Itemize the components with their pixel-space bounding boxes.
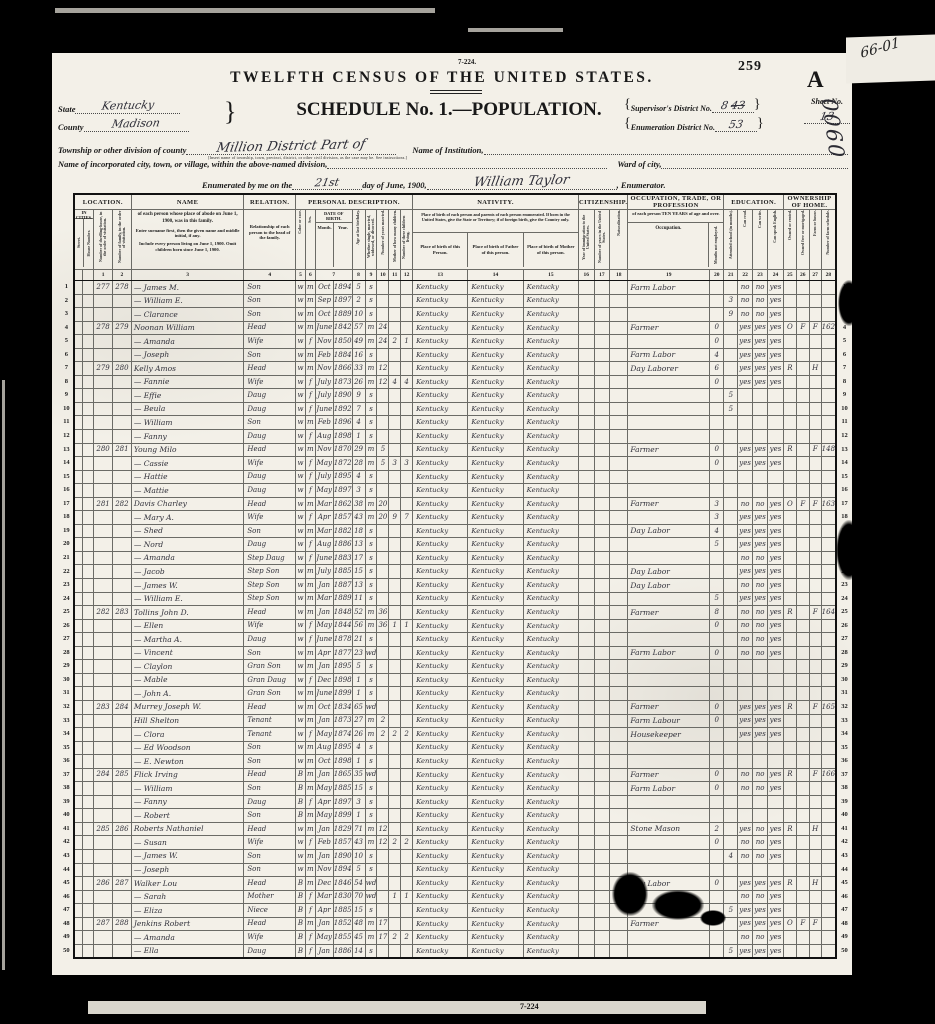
cell-pobm: Kentucky (523, 592, 578, 606)
cell-pobf: Kentucky (468, 511, 523, 525)
cell-pob: Kentucky (413, 700, 468, 714)
row-number-left: 1 (60, 281, 74, 295)
cell-own (783, 836, 796, 850)
cell-own: R (783, 606, 796, 620)
cell-mar: m (365, 497, 377, 511)
cell-pob: Kentucky (413, 430, 468, 444)
cell-house (83, 551, 94, 565)
cell-eng: yes (768, 619, 784, 633)
cell-own (783, 673, 796, 687)
cell-sch (724, 606, 738, 620)
cell-sch (724, 931, 738, 945)
cell-color: w (296, 538, 306, 552)
cell-dw: 282 (94, 606, 113, 620)
cell-liv (401, 497, 413, 511)
col-number: 9 (365, 270, 377, 281)
cell-ofm (796, 673, 809, 687)
cell-mar: m (365, 362, 377, 376)
cell-sex: f (305, 551, 315, 565)
cell-ofm (796, 877, 809, 891)
cell-nat (610, 470, 628, 484)
cell-month: May (315, 484, 333, 498)
cell-mne: 0 (710, 457, 724, 471)
cell-year: 1897 (333, 795, 352, 809)
cell-rel: Daug (244, 538, 296, 552)
cell-write (753, 470, 768, 484)
cell-mne (710, 430, 724, 444)
row-number-left: 19 (60, 524, 74, 538)
cell-name: Walker Lou (131, 877, 244, 891)
cell-mar: s (365, 348, 377, 362)
cell-pobm: Kentucky (523, 890, 578, 904)
cell-own (783, 524, 796, 538)
row-number-left: 2 (60, 294, 74, 308)
cell-year: 1895 (333, 741, 352, 755)
cell-eng: yes (768, 917, 784, 931)
cell-pobm: Kentucky (523, 375, 578, 389)
cell-year: 1844 (333, 619, 352, 633)
cell-sch (724, 687, 738, 701)
cell-mne (710, 281, 724, 295)
cell-ofm: F (796, 917, 809, 931)
cell-read (738, 863, 753, 877)
cell-pobm: Kentucky (523, 430, 578, 444)
cell-rel: Wife (244, 619, 296, 633)
cell-write (753, 795, 768, 809)
col-number: 25 (783, 270, 796, 281)
cell-ym (377, 579, 389, 593)
cell-eng: yes (768, 890, 784, 904)
cell-write: yes (753, 335, 768, 349)
cell-dw (94, 416, 113, 430)
cell-eng: yes (768, 538, 784, 552)
cell-imm (578, 416, 594, 430)
cell-fsn (821, 944, 836, 958)
cell-imm (578, 931, 594, 945)
can-write-header: Can write. (753, 210, 768, 270)
cell-read: yes (738, 944, 753, 958)
cell-yus (594, 362, 610, 376)
cell-street (74, 782, 83, 796)
house-number-header: House Number. (83, 219, 93, 267)
row-number-right: 12 (836, 430, 852, 444)
cell-nat (610, 348, 628, 362)
cell-fam (113, 348, 132, 362)
cell-read: yes (738, 728, 753, 742)
cell-ym (377, 402, 389, 416)
cell-nat (610, 849, 628, 863)
cell-sex: m (305, 822, 315, 836)
cell-eng: yes (768, 335, 784, 349)
cell-fh (809, 389, 821, 403)
cell-year: 1897 (333, 294, 352, 308)
person-row: 45286287Walker LouHeadBmDec184654wdKentu… (60, 877, 852, 891)
cell-ym: 36 (377, 619, 389, 633)
cell-name: — Mattie (131, 484, 244, 498)
cell-imm (578, 633, 594, 647)
cell-street (74, 430, 83, 444)
cell-sex: m (305, 579, 315, 593)
cell-nat (610, 281, 628, 295)
col-number: 3 (131, 270, 244, 281)
cell-ym (377, 904, 389, 918)
page-corner: 66-01 (846, 34, 935, 83)
cell-pobm: Kentucky (523, 579, 578, 593)
row-number-left: 35 (60, 741, 74, 755)
cell-rel: Step Son (244, 592, 296, 606)
cell-street (74, 714, 83, 728)
cell-street (74, 565, 83, 579)
row-number-left: 17 (60, 497, 74, 511)
cell-write: yes (753, 457, 768, 471)
cell-own (783, 890, 796, 904)
cell-fam (113, 619, 132, 633)
cell-nat (610, 551, 628, 565)
cell-eng: yes (768, 836, 784, 850)
cell-read: no (738, 294, 753, 308)
cell-yus (594, 755, 610, 769)
cell-moth (389, 755, 401, 769)
cell-dw (94, 944, 113, 958)
cell-pob: Kentucky (413, 416, 468, 430)
cell-sch (724, 538, 738, 552)
cell-dw (94, 836, 113, 850)
cell-house (83, 809, 94, 823)
cell-eng (768, 660, 784, 674)
row-number-right: 26 (836, 619, 852, 633)
cell-year: 1898 (333, 430, 352, 444)
cell-imm (578, 877, 594, 891)
cell-occ (628, 308, 710, 322)
cell-sch: 9 (724, 308, 738, 322)
cell-read: no (738, 606, 753, 620)
cell-read: yes (738, 904, 753, 918)
cell-eng: yes (768, 524, 784, 538)
cell-pobm: Kentucky (523, 822, 578, 836)
cell-mar: wd (365, 646, 377, 660)
cell-sex: f (305, 673, 315, 687)
cell-pob: Kentucky (413, 795, 468, 809)
cell-fam (113, 904, 132, 918)
row-number-right: 30 (836, 673, 852, 687)
cell-fh (809, 402, 821, 416)
cell-imm (578, 402, 594, 416)
cell-read: yes (738, 538, 753, 552)
cell-name: — Clora (131, 728, 244, 742)
cell-mne: 3 (710, 497, 724, 511)
cell-pobm: Kentucky (523, 524, 578, 538)
cell-month: Apr (315, 646, 333, 660)
col-number: 6 (305, 270, 315, 281)
cell-occ: Day Labor (628, 579, 710, 593)
cell-month: Jan (315, 606, 333, 620)
cell-occ (628, 484, 710, 498)
cell-age: 17 (352, 551, 365, 565)
col-number: 22 (738, 270, 753, 281)
cell-ofm (796, 782, 809, 796)
cell-month: Feb (315, 348, 333, 362)
cell-sex: m (305, 416, 315, 430)
cell-liv (401, 782, 413, 796)
cell-fam (113, 687, 132, 701)
cell-own (783, 944, 796, 958)
person-row: 17281282Davis CharleyHeadwmMar186238m20K… (60, 497, 852, 511)
person-row: 28— VincentSonwmApr187723wdKentuckyKentu… (60, 646, 852, 660)
cell-age: 49 (352, 335, 365, 349)
cell-liv (401, 741, 413, 755)
cell-rel: Son (244, 308, 296, 322)
cell-mne: 0 (710, 836, 724, 850)
cell-fh (809, 795, 821, 809)
cell-month: May (315, 782, 333, 796)
cell-pob: Kentucky (413, 443, 468, 457)
cell-dw (94, 714, 113, 728)
cell-moth (389, 687, 401, 701)
cell-rel: Son (244, 294, 296, 308)
cell-color: B (296, 768, 306, 782)
cell-name: — Nord (131, 538, 244, 552)
cell-rel: Daug (244, 944, 296, 958)
cell-pob: Kentucky (413, 741, 468, 755)
cell-house (83, 619, 94, 633)
cell-imm (578, 849, 594, 863)
cell-yus (594, 809, 610, 823)
cell-age: 56 (352, 619, 365, 633)
cell-pobf: Kentucky (468, 755, 523, 769)
cell-color: B (296, 944, 306, 958)
col-number: 13 (413, 270, 468, 281)
cell-mne (710, 795, 724, 809)
cell-liv (401, 768, 413, 782)
cell-fsn (821, 335, 836, 349)
cell-sch (724, 877, 738, 891)
cell-sex: m (305, 917, 315, 931)
cell-fam (113, 849, 132, 863)
cell-eng: yes (768, 281, 784, 295)
cell-moth (389, 700, 401, 714)
cell-fsn (821, 389, 836, 403)
cell-liv (401, 430, 413, 444)
cell-rel: Wife (244, 836, 296, 850)
cell-house (83, 863, 94, 877)
cell-own (783, 389, 796, 403)
cell-street (74, 822, 83, 836)
cell-imm (578, 619, 594, 633)
cell-rel: Step Daug (244, 551, 296, 565)
cell-mne (710, 741, 724, 755)
cell-fsn (821, 511, 836, 525)
cell-eng (768, 687, 784, 701)
cell-write (753, 660, 768, 674)
cell-house (83, 443, 94, 457)
cell-fh (809, 741, 821, 755)
cell-street (74, 362, 83, 376)
group-relation: RELATION. (244, 194, 296, 210)
person-row: 3— ClaranceSonwmOct188910sKentuckyKentuc… (60, 308, 852, 322)
cell-moth (389, 822, 401, 836)
cell-street (74, 687, 83, 701)
cell-name: — Amanda (131, 335, 244, 349)
row-number-right: 40 (836, 809, 852, 823)
cell-imm (578, 308, 594, 322)
cell-write: no (753, 294, 768, 308)
cell-sex: f (305, 511, 315, 525)
cell-fh: F (809, 606, 821, 620)
cell-ofm (796, 809, 809, 823)
cell-color: w (296, 619, 306, 633)
cell-month: May (315, 728, 333, 742)
cell-imm (578, 728, 594, 742)
cell-write (753, 673, 768, 687)
cell-moth: 1 (389, 619, 401, 633)
cell-month: Oct (315, 281, 333, 295)
cell-house (83, 592, 94, 606)
cell-pobf: Kentucky (468, 389, 523, 403)
cell-mar: wd (365, 700, 377, 714)
scan-edge-sliver (2, 380, 5, 970)
cell-color: w (296, 755, 306, 769)
cell-ofm (796, 741, 809, 755)
cell-yus (594, 538, 610, 552)
cell-moth (389, 714, 401, 728)
cell-age: 26 (352, 728, 365, 742)
cell-age: 14 (352, 944, 365, 958)
cell-write: yes (753, 538, 768, 552)
cell-dw (94, 646, 113, 660)
cell-fh (809, 660, 821, 674)
row-number-right: 46 (836, 890, 852, 904)
cell-pob: Kentucky (413, 484, 468, 498)
cell-sex: m (305, 592, 315, 606)
row-number-right: 15 (836, 470, 852, 484)
cell-fsn (821, 294, 836, 308)
cell-mar: s (365, 687, 377, 701)
cell-year: 1897 (333, 484, 352, 498)
cell-pobm: Kentucky (523, 619, 578, 633)
cell-ofm (796, 565, 809, 579)
cell-mne (710, 470, 724, 484)
cell-mar: s (365, 565, 377, 579)
cell-dw (94, 728, 113, 742)
cell-rel: Daug (244, 795, 296, 809)
cell-liv (401, 917, 413, 931)
cell-fam: 278 (113, 281, 132, 295)
cell-fh (809, 931, 821, 945)
cell-year: 1889 (333, 592, 352, 606)
cell-moth (389, 294, 401, 308)
ward-label: Ward of city, (617, 159, 661, 169)
cell-read (738, 795, 753, 809)
cell-mne: 8 (710, 606, 724, 620)
cell-month: Dec (315, 877, 333, 891)
cell-street (74, 402, 83, 416)
cell-mne: 6 (710, 362, 724, 376)
cell-age: 23 (352, 646, 365, 660)
cell-name: — William E. (131, 294, 244, 308)
cell-ym (377, 944, 389, 958)
cell-pobf: Kentucky (468, 362, 523, 376)
cell-eng: yes (768, 782, 784, 796)
cell-fsn (821, 728, 836, 742)
cell-color: B (296, 904, 306, 918)
cell-moth (389, 660, 401, 674)
cell-ym (377, 416, 389, 430)
row-number-rail (836, 194, 852, 281)
cell-moth (389, 579, 401, 593)
cell-street (74, 849, 83, 863)
group-location: LOCATION. (74, 194, 132, 210)
cell-dw (94, 430, 113, 444)
cell-mar: s (365, 579, 377, 593)
cell-color: w (296, 430, 306, 444)
cell-fsn (821, 551, 836, 565)
cell-write: yes (753, 375, 768, 389)
cell-own (783, 849, 796, 863)
cell-sex: f (305, 389, 315, 403)
cell-pob: Kentucky (413, 646, 468, 660)
cell-read: no (738, 931, 753, 945)
col-number: 12 (401, 270, 413, 281)
cell-write (753, 863, 768, 877)
cell-house (83, 877, 94, 891)
cell-month: Jan (315, 944, 333, 958)
cell-fh: F (809, 917, 821, 931)
cell-pobm: Kentucky (523, 646, 578, 660)
cell-color: w (296, 402, 306, 416)
group-education: EDUCATION. (724, 194, 783, 210)
cell-dw: 284 (94, 768, 113, 782)
cell-write: yes (753, 321, 768, 335)
cell-own (783, 687, 796, 701)
cell-pobf: Kentucky (468, 592, 523, 606)
row-number-right: 7 (836, 362, 852, 376)
cell-read: yes (738, 822, 753, 836)
family-header: Number of family, in the order of visita… (113, 210, 132, 270)
cell-dw (94, 849, 113, 863)
township-label: Township or other division of county (58, 145, 186, 155)
cell-sex: m (305, 849, 315, 863)
row-number-right: 28 (836, 646, 852, 660)
cell-ofm (796, 822, 809, 836)
cell-liv: 1 (401, 890, 413, 904)
cell-nat (610, 741, 628, 755)
cell-nat (610, 402, 628, 416)
cell-fam (113, 294, 132, 308)
cell-own (783, 633, 796, 647)
cell-house (83, 755, 94, 769)
cell-house (83, 579, 94, 593)
cell-sch (724, 700, 738, 714)
cell-fam (113, 795, 132, 809)
cell-pobm: Kentucky (523, 673, 578, 687)
cell-mne: 4 (710, 348, 724, 362)
cell-year: 1830 (333, 890, 352, 904)
cell-occ: Farmer (628, 443, 710, 457)
state-label: State (58, 104, 75, 114)
cell-sex: f (305, 538, 315, 552)
row-number-right: 34 (836, 728, 852, 742)
row-number-left: 45 (60, 877, 74, 891)
cell-fh (809, 619, 821, 633)
cell-ym: 17 (377, 931, 389, 945)
row-number-right: 14 (836, 457, 852, 471)
cell-street (74, 524, 83, 538)
cell-read (738, 402, 753, 416)
cell-fam (113, 592, 132, 606)
col-number: 26 (796, 270, 809, 281)
cell-year: 1886 (333, 538, 352, 552)
cell-mne (710, 551, 724, 565)
